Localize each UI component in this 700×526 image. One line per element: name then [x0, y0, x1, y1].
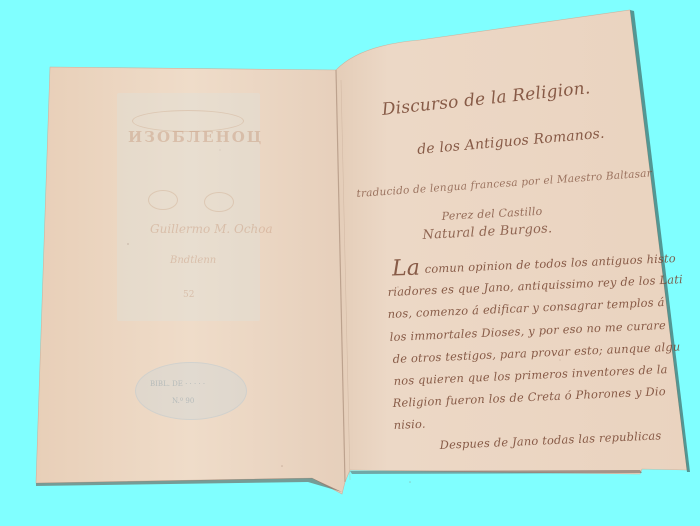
- library-oval-stamp: [135, 362, 247, 420]
- bookplate-heading: ИЗОБЛЕНОЦ: [128, 128, 263, 146]
- manuscript-dropcap: La: [392, 256, 421, 282]
- bookplate-name: Guillermo M. Ochoa: [150, 222, 273, 236]
- bookplate-ornament-left: [148, 190, 178, 210]
- oval-stamp-line1: BIBL. DE · · · · ·: [150, 380, 205, 388]
- open-manuscript: ИЗОБЛЕНОЦ Guillermo M. Ochoa Bndtlenn 52…: [0, 0, 700, 526]
- bookplate-number: 52: [183, 290, 194, 300]
- bookplate-ornament-right: [204, 192, 234, 212]
- manuscript-body-line: nisio.: [393, 417, 426, 432]
- bookplate-line: Bndtlenn: [170, 255, 216, 266]
- oval-stamp-line2: N.º 90: [172, 397, 194, 405]
